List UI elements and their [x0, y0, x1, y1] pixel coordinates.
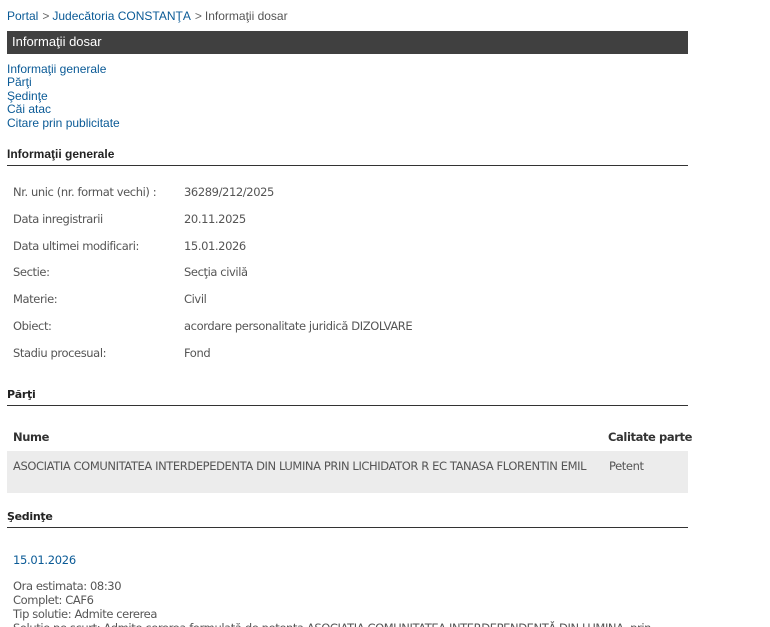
hearing-solution-summary: Solutie pe scurt: Admite cererea formula… — [13, 621, 651, 627]
info-row-section: Sectie:Secţia civilă — [13, 265, 412, 292]
info-row-registration-date: Data inregistrarii20.11.2025 — [13, 212, 412, 239]
info-label: Data inregistrarii — [13, 212, 184, 239]
info-label: Data ultimei modificari: — [13, 239, 184, 266]
breadcrumb: Portal>Judecătoria CONSTANŢA>Informaţii … — [7, 9, 288, 23]
section-title-general-info: Informaţii generale — [7, 147, 688, 166]
info-value: Secţia civilă — [184, 265, 248, 292]
toc-link-appeals[interactable]: Căi atac — [7, 103, 120, 116]
toc-link-parties[interactable]: Părţi — [7, 76, 120, 89]
info-label: Stadiu procesual: — [13, 346, 184, 373]
breadcrumb-separator: > — [195, 9, 202, 23]
info-row-matter: Materie:Civil — [13, 292, 412, 319]
breadcrumb-court-link[interactable]: Judecătoria CONSTANŢA — [52, 9, 191, 23]
info-value: 15.01.2026 — [184, 239, 246, 266]
hearing-solution-type: Tip solutie: Admite cererea — [13, 607, 651, 621]
info-value: Fond — [184, 346, 210, 373]
section-title-parties: Părţi — [7, 388, 688, 406]
info-row-last-modified: Data ultimei modificari:15.01.2026 — [13, 239, 412, 266]
toc-link-hearings[interactable]: Şedinţe — [7, 90, 120, 103]
info-value: 20.11.2025 — [184, 212, 246, 239]
info-value: 36289/212/2025 — [184, 185, 274, 212]
info-label: Obiect: — [13, 319, 184, 346]
info-row-case-number: Nr. unic (nr. format vechi) :36289/212/2… — [13, 185, 412, 212]
hearing-estimated-time: Ora estimata: 08:30 — [13, 579, 651, 593]
toc-link-general-info[interactable]: Informaţii generale — [7, 63, 120, 76]
info-value: acordare personalitate juridică DIZOLVAR… — [184, 319, 412, 346]
info-label: Sectie: — [13, 265, 184, 292]
party-role: Petent — [609, 459, 644, 473]
info-row-procedural-stage: Stadiu procesual:Fond — [13, 346, 412, 373]
info-label: Nr. unic (nr. format vechi) : — [13, 185, 184, 212]
breadcrumb-current: Informaţii dosar — [205, 9, 288, 23]
column-header-name: Nume — [13, 430, 49, 444]
hearing-panel: Complet: CAF6 — [13, 593, 651, 607]
breadcrumb-separator: > — [42, 9, 49, 23]
table-row: ASOCIATIA COMUNITATEA INTERDEPEDENTA DIN… — [7, 451, 688, 493]
toc-link-public-summons[interactable]: Citare prin publicitate — [7, 117, 120, 130]
section-title-hearings: Şedinţe — [7, 510, 688, 528]
general-info-table: Nr. unic (nr. format vechi) :36289/212/2… — [13, 185, 412, 373]
table-of-contents: Informaţii generale Părţi Şedinţe Căi at… — [7, 63, 120, 130]
hearing-date: 15.01.2026 — [13, 553, 76, 567]
info-row-object: Obiect:acordare personalitate juridică D… — [13, 319, 412, 346]
party-name: ASOCIATIA COMUNITATEA INTERDEPEDENTA DIN… — [13, 459, 588, 473]
breadcrumb-portal-link[interactable]: Portal — [7, 9, 38, 23]
info-value: Civil — [184, 292, 206, 319]
info-label: Materie: — [13, 292, 184, 319]
hearing-details: Ora estimata: 08:30 Complet: CAF6 Tip so… — [13, 579, 651, 627]
panel-header: Informaţii dosar — [7, 31, 688, 54]
column-header-party-role: Calitate parte — [608, 430, 692, 444]
